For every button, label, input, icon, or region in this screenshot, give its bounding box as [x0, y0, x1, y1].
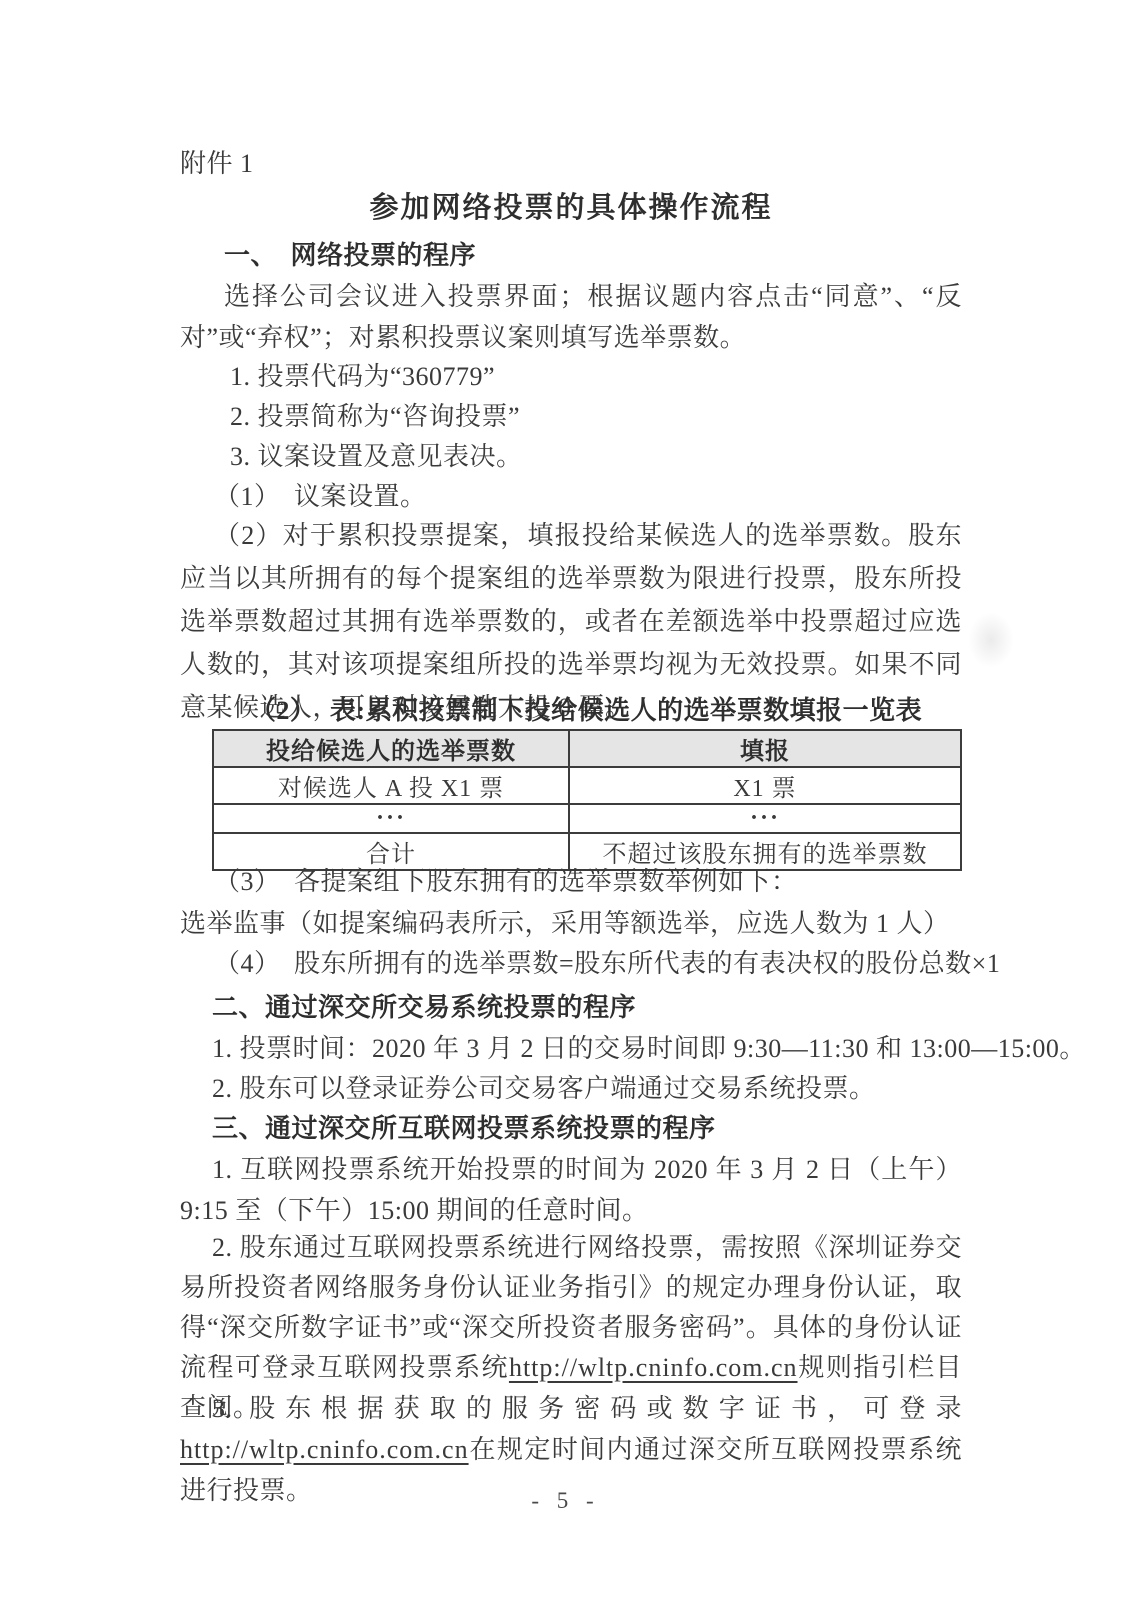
list-item-voting-name: 2. 投票简称为“咨询投票” — [230, 397, 520, 437]
table-cell: ··· — [213, 804, 569, 833]
table-caption: （2） 表:累积投票制下投给候选人的选举票数填报一览表 — [180, 691, 962, 731]
section1-heading: 一、 网络投票的程序 — [224, 236, 476, 276]
attachment-label: 附件 1 — [180, 144, 254, 184]
table-cell: ··· — [569, 804, 961, 833]
table-cell: X1 票 — [569, 767, 961, 804]
sub-item-4: （4） 股东所拥有的选举票数=股东所代表的有表决权的股份总数×1 — [214, 944, 1000, 984]
sub-item-3: （3） 各提案组下股东拥有的选举票数举例如下： — [214, 862, 798, 902]
table-cell: 对候选人 A 投 X1 票 — [213, 767, 569, 804]
section3-heading: 三、通过深交所互联网投票系统投票的程序 — [212, 1109, 716, 1149]
paragraph-text: 3. 股东根据获取的服务密码或数字证书，可登录 — [212, 1394, 962, 1423]
document-title: 参加网络投票的具体操作流程 — [180, 188, 962, 228]
section2-item-1: 1. 投票时间：2020 年 3 月 2 日的交易时间即 9:30—11:30 … — [212, 1029, 1086, 1069]
section2-heading: 二、通过深交所交易系统投票的程序 — [212, 988, 636, 1028]
scanned-document-page: 附件 1 参加网络投票的具体操作流程 一、 网络投票的程序 选择公司会议进入投票… — [0, 0, 1131, 1600]
sub-item-1: （1） 议案设置。 — [214, 477, 427, 517]
table-header-fill: 填报 — [569, 730, 961, 767]
list-item-voting-code: 1. 投票代码为“360779” — [230, 357, 495, 397]
section3-paragraph-1: 1. 互联网投票系统开始投票的时间为 2020 年 3 月 2 日（上午）9:1… — [180, 1149, 962, 1231]
table-row: 对候选人 A 投 X1 票 X1 票 — [213, 767, 961, 804]
page-number: - 5 - — [0, 1488, 1131, 1514]
section2-item-2: 2. 股东可以登录证券公司交易客户端通过交易系统投票。 — [212, 1069, 876, 1109]
table-row: ··· ··· — [213, 804, 961, 833]
supervisor-election-note: 选举监事（如提案编码表所示，采用等额选举，应选人数为 1 人） — [180, 904, 950, 944]
intro-paragraph: 选择公司会议进入投票界面；根据议题内容点击“同意”、“反对”或“弃权”；对累积投… — [180, 276, 962, 358]
voting-system-url-link[interactable]: http://wltp.cninfo.com.cn — [509, 1353, 798, 1382]
scan-smudge-artifact — [968, 612, 1014, 668]
vote-fill-table: 投给候选人的选举票数 填报 对候选人 A 投 X1 票 X1 票 ··· ···… — [212, 729, 962, 871]
table-header-votes: 投给候选人的选举票数 — [213, 730, 569, 767]
table-header-row: 投给候选人的选举票数 填报 — [213, 730, 961, 767]
voting-system-url-link[interactable]: http://wltp.cninfo.com.cn — [180, 1435, 469, 1464]
list-item-proposal: 3. 议案设置及意见表决。 — [230, 437, 523, 477]
